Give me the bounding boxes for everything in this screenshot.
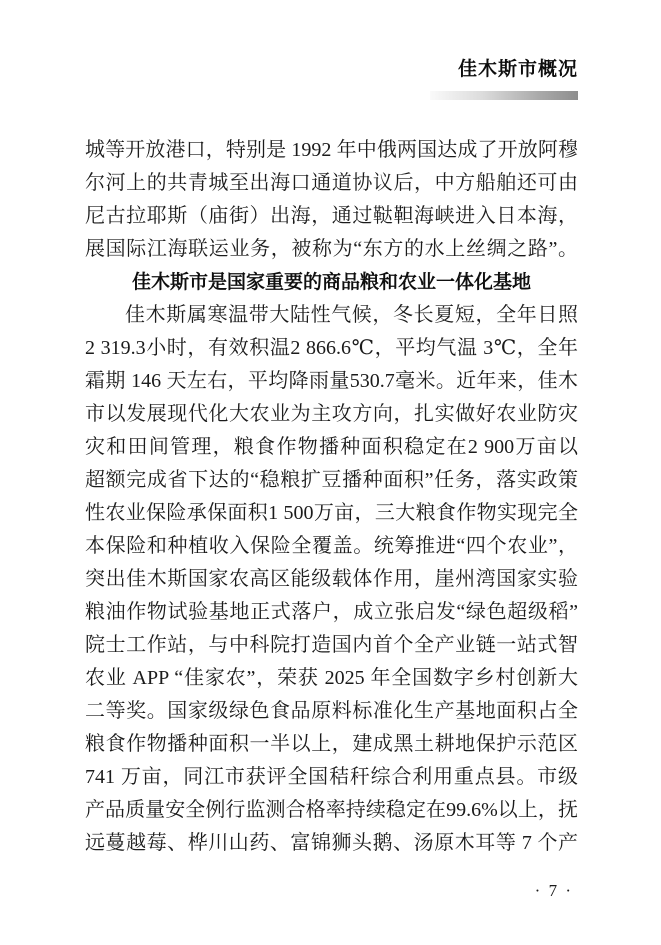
page-number: · 7 ·	[535, 880, 573, 902]
paragraph-line: 粮食作物播种面积一半以上，建成黑土耕地保护示范区	[85, 728, 578, 761]
paragraph-line: 农业 APP “佳家农”，荣获 2025 年全国数字乡村创新大赛	[85, 662, 578, 695]
paragraph-line: 霜期 146 天左右，平均降雨量530.7毫米。近年来，佳木斯	[85, 365, 578, 398]
body-text-block: 城等开放港口，特别是 1992 年中俄两国达成了开放阿穆 尔河上的共青城至出海口…	[85, 134, 578, 860]
paragraph-line: 产品质量安全例行监测合格率持续稳定在99.6%以上，抚	[85, 794, 578, 827]
document-page: 佳木斯市概况 城等开放港口，特别是 1992 年中俄两国达成了开放阿穆 尔河上的…	[0, 0, 661, 945]
paragraph-line: 远蔓越莓、桦川山药、富锦狮头鹅、汤原木耳等 7 个产品	[85, 827, 578, 860]
paragraph-line: 佳木斯属寒温带大陆性气候，冬长夏短，全年日照为	[85, 299, 578, 332]
paragraph-line: 741 万亩，同江市获评全国秸秆综合利用重点县。市级农	[85, 761, 578, 794]
running-header-title: 佳木斯市概况	[458, 58, 578, 82]
paragraph-line: 院士工作站，与中科院打造国内首个全产业链一站式智慧	[85, 629, 578, 662]
header-gradient-rule	[430, 91, 578, 100]
paragraph-line: 城等开放港口，特别是 1992 年中俄两国达成了开放阿穆	[85, 134, 578, 167]
paragraph-line: 性农业保险承保面积1 500万亩，三大粮食作物实现完全成	[85, 497, 578, 530]
paragraph-line: 二等奖。国家级绿色食品原料标准化生产基地面积占全市	[85, 695, 578, 728]
paragraph-line: 超额完成省下达的“稳粮扩豆播种面积”任务，落实政策	[85, 464, 578, 497]
paragraph-line: 尼古拉耶斯（庙街）出海，通过鞑靼海峡进入日本海，开	[85, 200, 578, 233]
paragraph-line: 尔河上的共青城至出海口通道协议后，中方船舶还可由俄	[85, 167, 578, 200]
paragraph-line: 本保险和种植收入保险全覆盖。统筹推进“四个农业”，	[85, 530, 578, 563]
paragraph-line: 粮油作物试验基地正式落户，成立张启发“绿色超级稻”	[85, 596, 578, 629]
paragraph-line: 市以发展现代化大农业为主攻方向，扎实做好农业防灾减	[85, 398, 578, 431]
paragraph-line: 突出佳木斯国家农高区能级载体作用，崖州湾国家实验室	[85, 563, 578, 596]
paragraph-line: 展国际江海联运业务，被称为“东方的水上丝绸之路”。	[85, 233, 578, 266]
paragraph-line: 灾和田间管理，粮食作物播种面积稳定在2 900万亩以上，	[85, 431, 578, 464]
paragraph-line: 2 319.3小时，有效积温2 866.6℃，平均气温 3℃，全年无	[85, 332, 578, 365]
section-heading: 佳木斯市是国家重要的商品粮和农业一体化基地	[85, 266, 578, 299]
